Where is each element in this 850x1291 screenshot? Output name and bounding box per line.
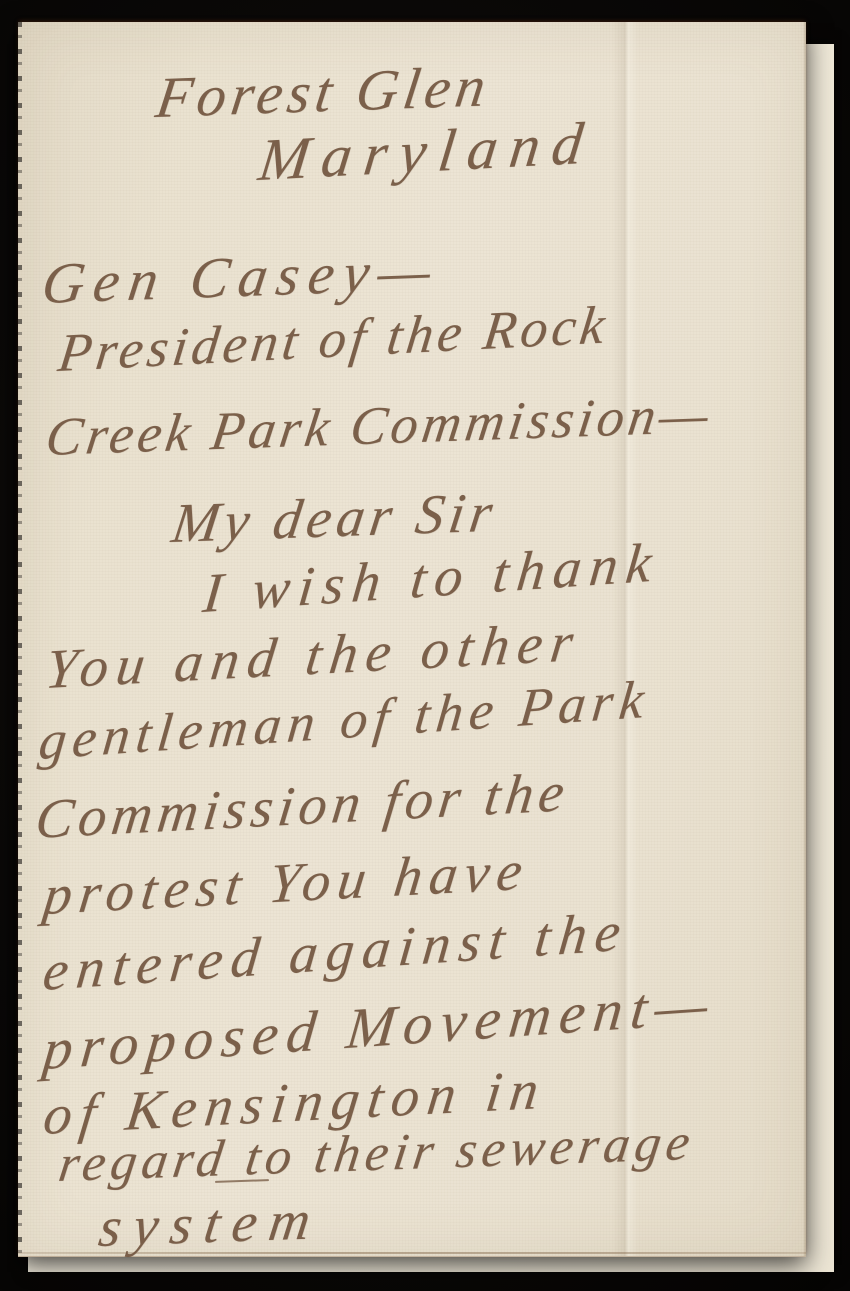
- vertical-fold-crease: [612, 22, 638, 1256]
- deckled-left-edge: [18, 22, 22, 1256]
- paper-texture: [18, 22, 806, 1256]
- right-edge-crease: [803, 22, 806, 1256]
- photo-background: Forest Glen Maryland Gen Casey— Presiden…: [0, 0, 850, 1291]
- letter-page: [18, 22, 806, 1257]
- bottom-fold-crease: [18, 1252, 806, 1254]
